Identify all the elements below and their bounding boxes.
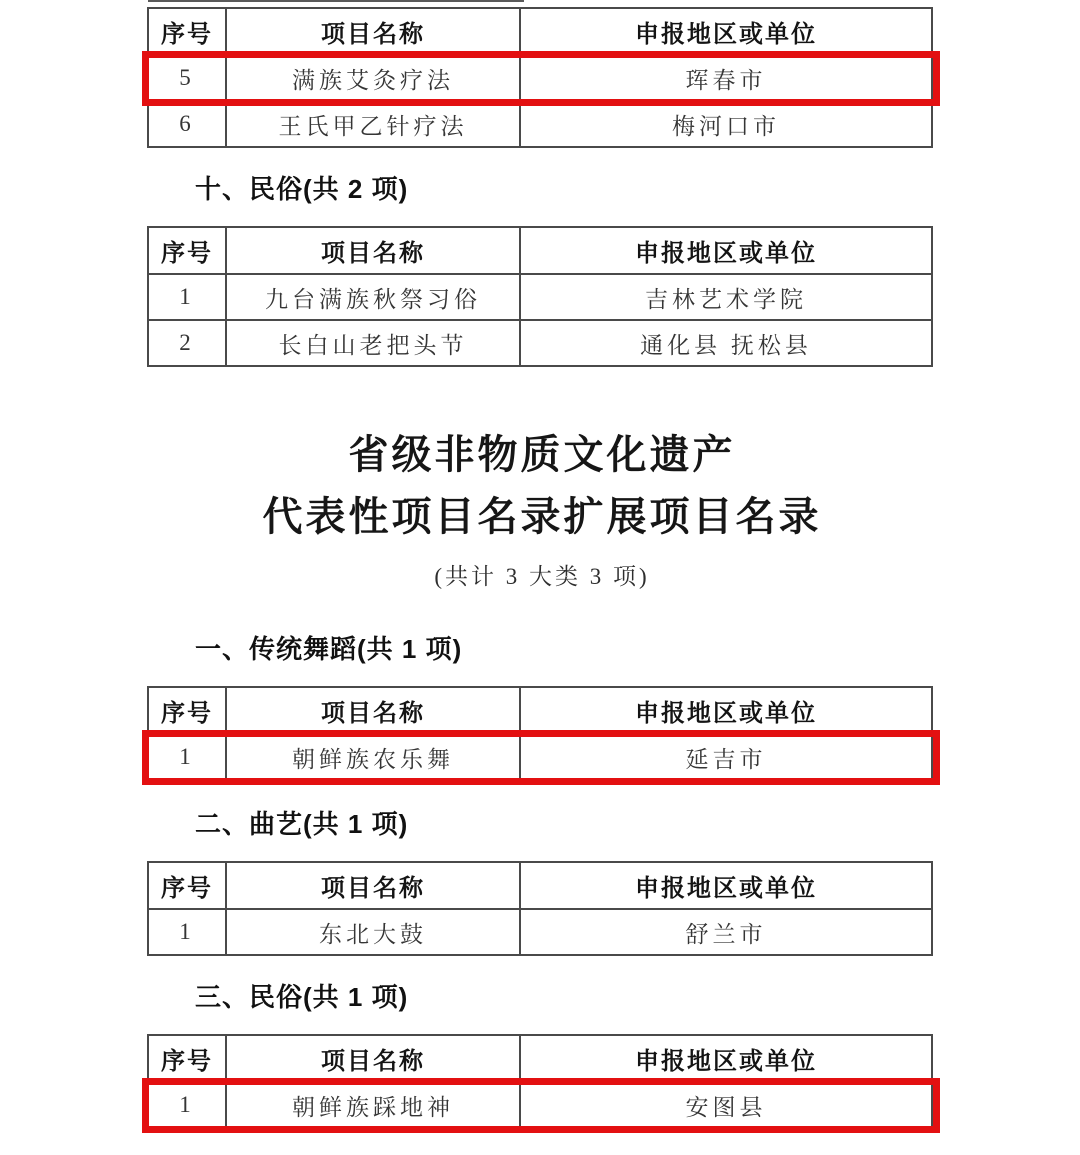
column-header-no: 序号 [149,688,225,733]
cell-project-name: 长白山老把头节 [225,321,519,365]
cell-unit: 安图县 [519,1083,931,1127]
column-header-name: 项目名称 [225,9,519,54]
document-title-line2: 代表性项目名录扩展项目名录 [147,497,937,537]
cell-unit: 延吉市 [519,735,931,779]
section-heading-dance: 一、传统舞蹈(共 1 项) [195,636,937,662]
cell-unit: 通化县 抚松县 [519,321,931,365]
column-header-no: 序号 [149,1036,225,1081]
section-heading-minsu-10: 十、民俗(共 2 项) [195,176,937,202]
column-header-name: 项目名称 [225,863,519,908]
cell-project-name: 东北大鼓 [225,910,519,954]
column-header-no: 序号 [149,9,225,54]
cell-no: 1 [149,275,225,319]
cell-no: 1 [149,910,225,954]
document-title-block: 省级非物质文化遗产 代表性项目名录扩展项目名录 (共计 3 大类 3 项) [147,435,937,588]
table-header-row: 序号 项目名称 申报地区或单位 [149,1036,931,1081]
cell-project-name: 朝鲜族农乐舞 [225,735,519,779]
column-header-unit: 申报地区或单位 [519,863,931,908]
column-header-unit: 申报地区或单位 [519,9,931,54]
section-heading-quyi: 二、曲艺(共 1 项) [195,811,937,837]
table-dance: 序号 项目名称 申报地区或单位 1 朝鲜族农乐舞 延吉市 [147,686,933,781]
column-header-unit: 申报地区或单位 [519,688,931,733]
table-minsu-3: 序号 项目名称 申报地区或单位 1 朝鲜族踩地神 安图县 [147,1034,933,1129]
document-title-line1: 省级非物质文化遗产 [147,435,937,475]
cell-project-name: 王氏甲乙针疗法 [225,102,519,146]
table-row: 1 朝鲜族农乐舞 延吉市 [149,733,931,779]
cell-project-name: 满族艾灸疗法 [225,56,519,100]
cell-unit: 梅河口市 [519,102,931,146]
cell-no: 1 [149,735,225,779]
cropped-previous-content-line [148,0,524,2]
column-header-name: 项目名称 [225,1036,519,1081]
column-header-name: 项目名称 [225,688,519,733]
cell-unit: 吉林艺术学院 [519,275,931,319]
column-header-unit: 申报地区或单位 [519,1036,931,1081]
cell-no: 5 [149,56,225,100]
table-minsu-10: 序号 项目名称 申报地区或单位 1 九台满族秋祭习俗 吉林艺术学院 2 长白山老… [147,226,933,367]
table-row: 1 朝鲜族踩地神 安图县 [149,1081,931,1127]
document-page: 序号 项目名称 申报地区或单位 5 满族艾灸疗法 珲春市 6 王氏甲乙针疗法 梅… [147,7,937,1129]
table-traditional-medicine-continued: 序号 项目名称 申报地区或单位 5 满族艾灸疗法 珲春市 6 王氏甲乙针疗法 梅… [147,7,933,148]
column-header-unit: 申报地区或单位 [519,228,931,273]
table-quyi: 序号 项目名称 申报地区或单位 1 东北大鼓 舒兰市 [147,861,933,956]
cell-no: 1 [149,1083,225,1127]
table-header-row: 序号 项目名称 申报地区或单位 [149,688,931,733]
table-row: 6 王氏甲乙针疗法 梅河口市 [149,100,931,146]
table-row: 2 长白山老把头节 通化县 抚松县 [149,319,931,365]
cell-project-name: 九台满族秋祭习俗 [225,275,519,319]
cell-unit: 珲春市 [519,56,931,100]
column-header-name: 项目名称 [225,228,519,273]
cell-unit: 舒兰市 [519,910,931,954]
cell-project-name: 朝鲜族踩地神 [225,1083,519,1127]
column-header-no: 序号 [149,228,225,273]
column-header-no: 序号 [149,863,225,908]
cell-no: 2 [149,321,225,365]
document-subtitle: (共计 3 大类 3 项) [147,565,937,588]
table-row: 1 东北大鼓 舒兰市 [149,908,931,954]
section-heading-minsu-3: 三、民俗(共 1 项) [195,984,937,1010]
table-header-row: 序号 项目名称 申报地区或单位 [149,9,931,54]
table-row: 1 九台满族秋祭习俗 吉林艺术学院 [149,273,931,319]
table-header-row: 序号 项目名称 申报地区或单位 [149,228,931,273]
table-row: 5 满族艾灸疗法 珲春市 [149,54,931,100]
cell-no: 6 [149,102,225,146]
table-header-row: 序号 项目名称 申报地区或单位 [149,863,931,908]
